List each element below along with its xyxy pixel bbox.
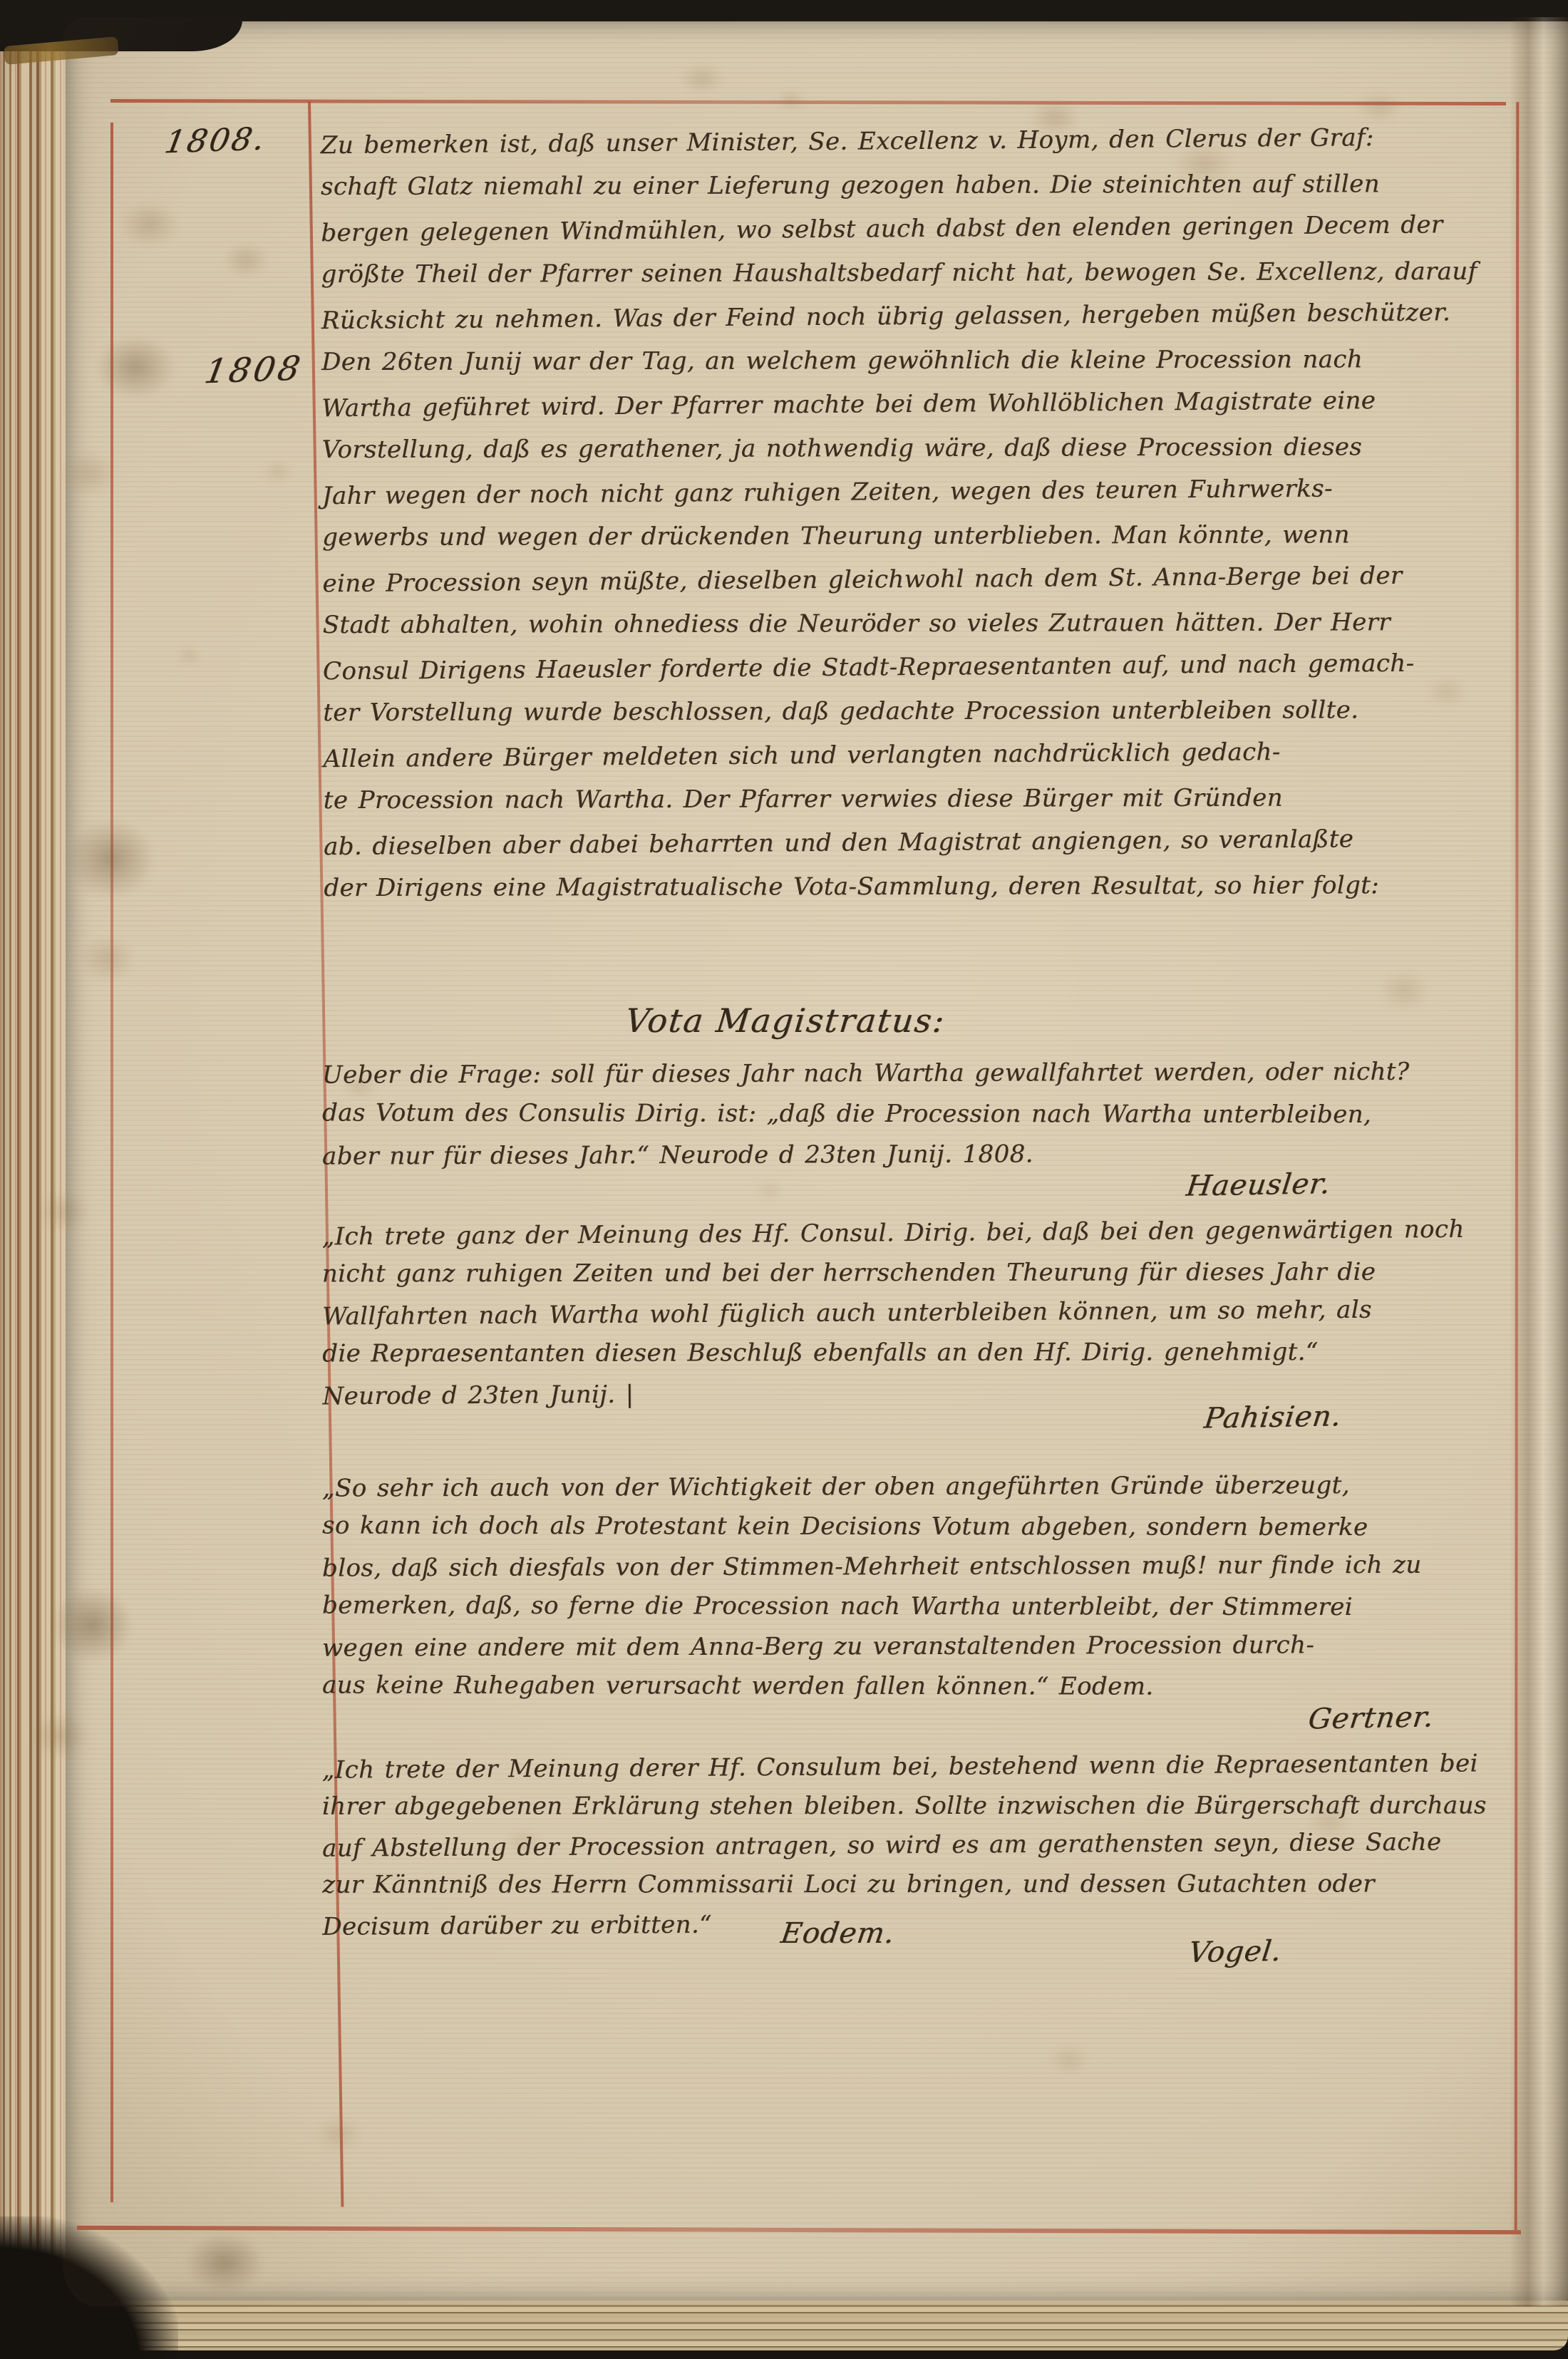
background-bottom-left-corner <box>0 2216 178 2359</box>
handwriting-line: blos, daß sich diesfals von der Stimmen-… <box>322 1544 1509 1588</box>
handwriting-line: Jahr wegen der noch nicht ganz ruhigen Z… <box>322 466 1509 519</box>
handwriting-line: Consul Dirigens Haeusler forderte die St… <box>323 641 1510 694</box>
margin-year-note-top: 1808. <box>162 121 269 161</box>
ruling-line-left <box>110 123 113 2202</box>
vote-entry-haeusler: Ueber die Frage: soll für dieses Jahr na… <box>322 1053 1509 1175</box>
handwriting-line: die Repraesentanten diesen Beschluß eben… <box>322 1332 1509 1374</box>
handwriting-line: aus keine Ruhegaben verursacht werden fa… <box>322 1666 1509 1708</box>
handwriting-line: gewerbs und wegen der drückenden Theurun… <box>322 512 1509 559</box>
closing-eodem: Eodem. <box>779 1917 897 1950</box>
signature-haeusler: Haeusler. <box>1185 1167 1333 1203</box>
handwriting-line: ter Vorstellung wurde beschlossen, daß g… <box>323 688 1510 735</box>
handwriting-line: Wartha geführet wird. Der Pfarrer machte… <box>321 378 1508 431</box>
handwriting-line: nicht ganz ruhigen Zeiten und bei der he… <box>322 1252 1509 1294</box>
bottom-page-edge-stack <box>37 2301 1568 2350</box>
handwriting-line: schaft Glatz niemahl zu einer Lieferung … <box>321 162 1507 209</box>
handwriting-line: das Votum des Consulis Dirig. ist: „daß … <box>322 1093 1509 1136</box>
handwriting-line: ihrer abgegebenen Erklärung stehen bleib… <box>322 1786 1509 1826</box>
handwriting-line: Den 26ten Junij war der Tag, an welchem … <box>321 337 1508 384</box>
handwriting-line: Decisum darüber zu erbitten.“ <box>322 1901 1509 1947</box>
vote-entry-pahisien: „Ich trete ganz der Meinung des Hf. Cons… <box>322 1211 1510 1415</box>
handwriting-line: bemerken, daß, so ferne die Procession n… <box>322 1586 1509 1628</box>
handwriting-line: Rücksicht zu nehmen. Was der Feind noch … <box>321 291 1508 344</box>
handwriting-line: Stadt abhalten, wohin ohnediess die Neur… <box>323 600 1510 647</box>
handwriting-line: „Ich trete ganz der Meinung des Hf. Cons… <box>321 1209 1508 1256</box>
handwriting-line: so kann ich doch als Protestant kein Dec… <box>322 1506 1509 1548</box>
margin-year-note-mid: 1808 <box>202 349 306 392</box>
handwriting-line: zur Känntniß des Herrn Commissarii Loci … <box>322 1864 1509 1904</box>
handwriting-line: Zu bemerken ist, daß unser Minister, Se.… <box>321 115 1507 168</box>
vote-entry-vogel: „Ich trete der Meinung derer Hf. Consulu… <box>322 1746 1510 1945</box>
handwriting-line: „So sehr ich auch von der Wichtigkeit de… <box>322 1465 1509 1508</box>
handwriting-line: te Procession nach Wartha. Der Pfarrer v… <box>324 775 1510 822</box>
manuscript-photograph: 1808. 1808 Zu bemerken ist, daß unser Mi… <box>0 0 1568 2359</box>
signature-pahisien: Pahisien. <box>1202 1400 1343 1435</box>
signature-gertner: Gertner. <box>1306 1700 1436 1735</box>
handwriting-line: bergen gelegenen Windmühlen, wo selbst a… <box>321 203 1507 256</box>
signature-vogel: Vogel. <box>1187 1935 1284 1969</box>
handwriting-line: wegen eine andere mit dem Anna-Berg zu v… <box>322 1624 1509 1668</box>
handwriting-line: auf Abstellung der Procession antragen, … <box>322 1822 1509 1869</box>
handwriting-line: „Ich trete der Meinung derer Hf. Consulu… <box>322 1744 1509 1790</box>
handwriting-line: Vorstellung, daß es gerathener, ja nothw… <box>322 425 1509 472</box>
handwriting-line: ab. dieselben aber dabei beharrten und d… <box>324 817 1510 869</box>
vota-magistratus-heading: Vota Magistratus: <box>320 1001 1251 1040</box>
handwriting-line: Allein andere Bürger meldeten sich und v… <box>323 729 1510 782</box>
vote-entry-gertner: „So sehr ich auch von der Wichtigkeit de… <box>322 1467 1509 1706</box>
left-page-edge-stack <box>0 40 66 2319</box>
handwriting-line: eine Procession seyn müßte, dieselben gl… <box>322 554 1509 606</box>
handwriting-line: Ueber die Frage: soll für dieses Jahr na… <box>322 1051 1509 1095</box>
handwriting-line: der Dirigens eine Magistratualische Vota… <box>324 863 1510 910</box>
chronicle-paragraph: Zu bemerken ist, daß unser Minister, Se.… <box>321 117 1511 911</box>
handwriting-line: Wallfahrten nach Wartha wohl füglich auc… <box>322 1289 1509 1336</box>
handwriting-line: größte Theil der Pfarrer seinen Haushalt… <box>321 249 1507 296</box>
